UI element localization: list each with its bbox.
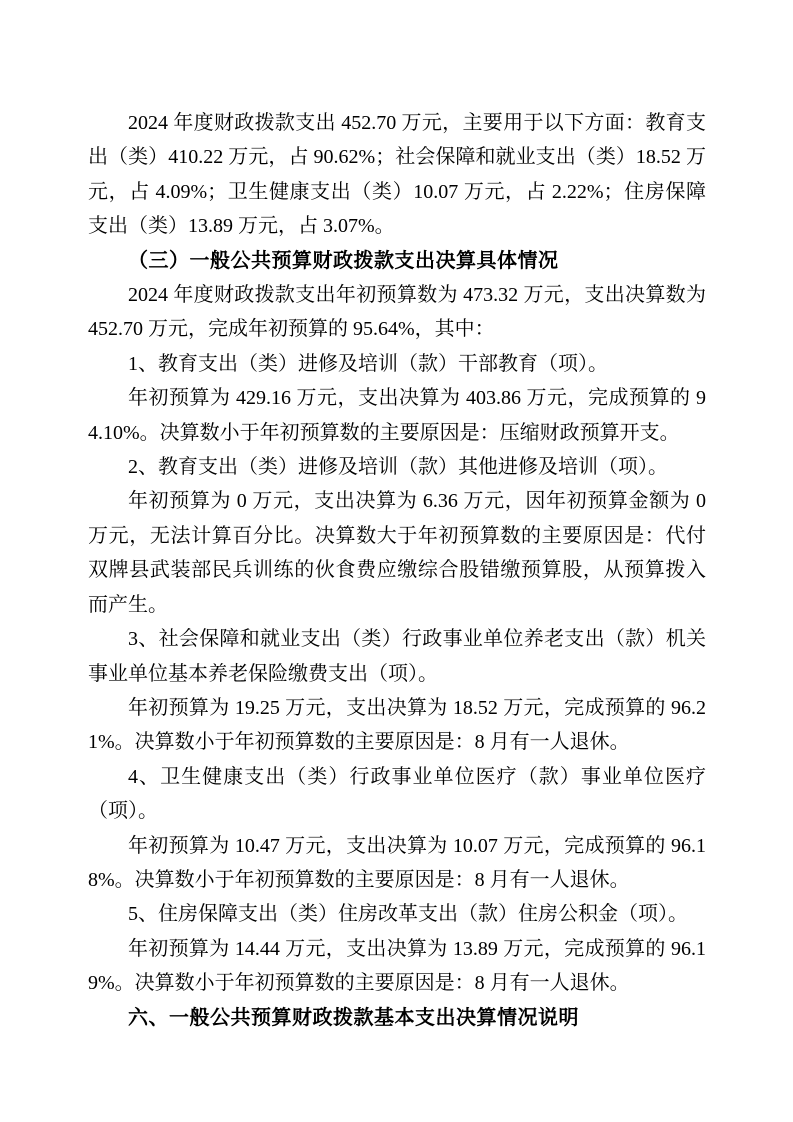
para-item-5-title-housing-fund: 5、住房保障支出（类）住房改革支出（款）住房公积金（项）。 — [88, 897, 706, 931]
heading-section-3-expenditure-details: （三）一般公共预算财政拨款支出决算具体情况 — [88, 244, 706, 278]
document-page: 2024 年度财政拨款支出 452.70 万元，主要用于以下方面：教育支出（类）… — [0, 0, 793, 1122]
para-item-3-title-social-security-pension: 3、社会保障和就业支出（类）行政事业单位养老支出（款）机关事业单位基本养老保险缴… — [88, 622, 706, 691]
para-item-1-detail: 年初预算为 429.16 万元，支出决算为 403.86 万元，完成预算的 94… — [88, 381, 706, 450]
para-item-2-title-education-other-training: 2、教育支出（类）进修及培训（款）其他进修及培训（项）。 — [88, 450, 706, 484]
para-overview-2024-expenditure: 2024 年度财政拨款支出 452.70 万元，主要用于以下方面：教育支出（类）… — [88, 106, 706, 244]
para-item-1-title-education-cadre: 1、教育支出（类）进修及培训（款）干部教育（项）。 — [88, 347, 706, 381]
para-item-4-title-health-medical: 4、卫生健康支出（类）行政事业单位医疗（款）事业单位医疗（项）。 — [88, 760, 706, 829]
para-item-3-detail: 年初预算为 19.25 万元，支出决算为 18.52 万元，完成预算的 96.2… — [88, 691, 706, 760]
para-item-5-detail: 年初预算为 14.44 万元，支出决算为 13.89 万元，完成预算的 96.1… — [88, 932, 706, 1001]
document-body: 2024 年度财政拨款支出 452.70 万元，主要用于以下方面：教育支出（类）… — [88, 106, 706, 1035]
para-item-4-detail: 年初预算为 10.47 万元，支出决算为 10.07 万元，完成预算的 96.1… — [88, 829, 706, 898]
para-budget-vs-final-summary: 2024 年度财政拨款支出年初预算数为 473.32 万元，支出决算数为 452… — [88, 278, 706, 347]
para-item-2-detail: 年初预算为 0 万元，支出决算为 6.36 万元，因年初预算金额为 0 万元，无… — [88, 484, 706, 622]
heading-section-6-basic-expenditure: 六、一般公共预算财政拨款基本支出决算情况说明 — [88, 1001, 706, 1035]
